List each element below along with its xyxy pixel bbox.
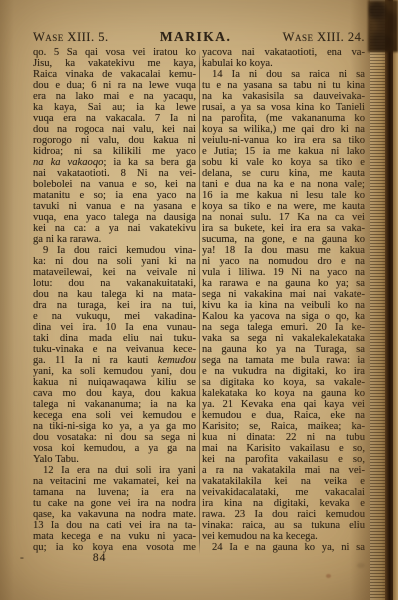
text-line: sega ni vakakina mai nai vakate-: [202, 289, 365, 300]
paper-speck: [357, 563, 365, 568]
text-line: ka: ni dou na soli yani ki na: [33, 256, 196, 267]
text-line: kua ni dinata: 22 ni na tubu: [202, 432, 365, 443]
corner-marbling: [368, 0, 398, 52]
text-line: rawa. 23 Ia dou raici kemudou: [202, 509, 365, 520]
text-line: vaka sa sega ni vakalekalekataka: [202, 333, 365, 344]
text-line: na gauna ko ya na Turaga, sa: [202, 344, 365, 355]
page-title: MARIKA.: [160, 29, 232, 45]
text-line: na veitacini me vakamatei, kei na: [33, 476, 196, 487]
text-line: dina vei ira. 10 Ia ena vunau-: [33, 322, 196, 333]
text-line: Karisito; se, Raica, maikea; ka-: [202, 421, 365, 432]
page-number: 84: [93, 552, 107, 564]
text-line: e na vukudra na digitaki, ko ira: [202, 366, 365, 377]
text-line: nai vakataotioti. 8 Ni na vei-: [33, 168, 196, 179]
text-line: ira kina na digitaki, kevaka e: [202, 498, 365, 509]
text-line: matanitu e so; ia ena yaco na: [33, 190, 196, 201]
text-line: mai na Karisito vakailasu e so,: [202, 443, 365, 454]
text-line: taki dina mada eliu nai tuku-: [33, 333, 196, 344]
text-line: dou e dua; 6 ni ra na lewe vuqa: [33, 80, 196, 91]
text-column-left: qo. 5 Sa qai vosa vei iratou koJisu, ka …: [33, 47, 196, 554]
text-line: ya. 21 Kevaka ena qai kaya vei: [202, 399, 365, 410]
text-line: kei na parofita vakailasu e so,: [202, 454, 365, 465]
text-line: vinaka: raica, au sa tukuna eliu: [202, 520, 365, 531]
text-line: lotu: dou na vakanakuitataki,: [33, 278, 196, 289]
text-line: bolebolei na vanua e so, kei na: [33, 179, 196, 190]
text-line: koya sa tiko e na were, me kauta: [202, 201, 365, 212]
running-header: Wase XIII. 5. MARIKA. Wase XIII. 24.: [33, 29, 365, 45]
text-line: ka kaya, Sai au; ia ka lewe: [33, 102, 196, 113]
text-line: vula i liliwa. 19 Ni na yaco na: [202, 267, 365, 278]
text-line: tu cake na gone vei ira na nodra: [33, 498, 196, 509]
text-line: na sega talega emuri. 20 Ia ke-: [202, 322, 365, 333]
text-line: tavuki ni vanua e na yasana e: [33, 201, 196, 212]
text-line: sega na tamata me bula rawa: ia: [202, 355, 365, 366]
text-line: qase, ka vakavuna na nodra mate.: [33, 509, 196, 520]
text-line: Kalou ka yacova na siga o qo, ka: [202, 311, 365, 322]
text-block: qo. 5 Sa qai vosa vei iratou koJisu, ka …: [33, 47, 365, 554]
text-line: tu e na yasana sa tabu ni tu kina: [202, 80, 365, 91]
text-line: vosa koi kemudou, a ya ga na: [33, 443, 196, 454]
book-edge-dark: [385, 0, 393, 600]
text-line: tuku-vinaka e na veivanua kece-: [33, 344, 196, 355]
text-line: delana, se curu kina, me kauta: [202, 168, 365, 179]
text-line: na ka vakasisila sa dauveivaka-: [202, 91, 365, 102]
text-line: yacova nai vakataotioti, ena va-: [202, 47, 365, 58]
footer: - 84: [20, 552, 180, 564]
text-column-right: yacova nai vakataotioti, ena va-kabulai …: [202, 47, 365, 554]
text-line: koya sa wilika,) me qai dro ki na: [202, 124, 365, 135]
text-line: dou na rogoca nai valu, kei nai: [33, 124, 196, 135]
book-edge-outer: [393, 0, 398, 600]
text-line: cava mo dou kaya, dou kakua: [33, 388, 196, 399]
text-line: vuqa era na vakacala. 7 Ia ni: [33, 113, 196, 124]
text-line: kecega ena soli vei kemudou e: [33, 410, 196, 421]
text-line: vuqa, ena yaco talega na dausiga: [33, 212, 196, 223]
text-line: kivu ka ia kina na veibuli ko na: [202, 300, 365, 311]
text-line: vakatakilakila kei na veika e: [202, 476, 365, 487]
text-line: kemudou e dua, Raica, eke na: [202, 410, 365, 421]
italic-phrase: na ka vakaoqo: [33, 157, 103, 168]
text-line: e na vukuqu, mei vakadina-: [33, 311, 196, 322]
book-page-photo: Wase XIII. 5. MARIKA. Wase XIII. 24. qo.…: [0, 0, 398, 600]
text-line: na tiki-ni-siga ko ya, a ya ga mo: [33, 421, 196, 432]
text-line: dou vosataka: ni dou sa sega ni: [33, 432, 196, 443]
text-line: 16 ia me kakua ni lesu tale ko: [202, 190, 365, 201]
text-line: na parofita, (me vakananuma ko: [202, 113, 365, 124]
text-line: kei na ca: a ya nai vakatekivu: [33, 223, 196, 234]
text-line: ya! 18 Ia dou masu me kakua: [202, 245, 365, 256]
gutter-shadow: [350, 0, 372, 600]
text-line: e Jutia; 15 ia me kakua ni lako: [202, 146, 365, 157]
text-line: a ra na vakatakila mai na vei-: [202, 465, 365, 476]
text-line: talega ni vakananuma; ia na ka: [33, 399, 196, 410]
text-line: 24 Ia e na gauna ko ya, ni sa: [202, 542, 365, 553]
text-line: kidroa; ni sa kilikili me yaco: [33, 146, 196, 157]
text-line: ga. 11 Ia ni ra kauti kemudou: [33, 355, 196, 366]
text-line: ka rarawa e na gauna ko ya; sa: [202, 278, 365, 289]
text-line: tani e dua na ka e na nona vale;: [202, 179, 365, 190]
text-line: sobu ki vale ko koya sa tiko e: [202, 157, 365, 168]
text-line: ga ni ka rarawa.: [33, 234, 196, 245]
text-line: kakua ni nuiqawaqawa kiliu se: [33, 377, 196, 388]
book-page: Wase XIII. 5. MARIKA. Wase XIII. 24. qo.…: [0, 0, 398, 600]
text-line: rogorogo ni valu, dou kakua ni: [33, 135, 196, 146]
text-line: mataveilewai, kei na veivale ni: [33, 267, 196, 278]
text-line: dra na turaga, kei ira na tui,: [33, 300, 196, 311]
text-line: sucuma, na gone, e na gauna ko: [202, 234, 365, 245]
text-line: mata kecega e na vuku ni yaca-: [33, 531, 196, 542]
paper-speck: [326, 574, 331, 578]
text-line: Jisu, ka vakatekivu me kaya,: [33, 58, 196, 69]
text-line: vei kemudou na ka kecega.: [202, 531, 365, 542]
text-line: veiulu-ni-vanua ko ira era sa tiko: [202, 135, 365, 146]
text-line: Raica vinaka de vakacalai kemu-: [33, 69, 196, 80]
text-line: veivakidacalataki, me vakacalai: [202, 487, 365, 498]
italic-phrase: kemudou: [158, 355, 196, 366]
text-line: 13 Ia dou na cati vei ira na ta-: [33, 520, 196, 531]
signature-mark: -: [20, 552, 46, 564]
running-head-left: Wase XIII. 5.: [33, 30, 109, 45]
text-line: era na lako mai e na yacaqu,: [33, 91, 196, 102]
column-divider: [199, 49, 200, 554]
text-line: na ka vakaoqo; ia ka sa bera ga: [33, 157, 196, 168]
text-line: yani, ka soli kemudou yani, dou: [33, 366, 196, 377]
text-line: kabulai ko koya.: [202, 58, 365, 69]
text-line: qo. 5 Sa qai vosa vei iratou ko: [33, 47, 196, 58]
text-line: ira sa bukete, kei ira era sa vaka-: [202, 223, 365, 234]
text-line: ni yaco na nomudou dro e na: [202, 256, 365, 267]
text-line: sa digitaka ko koya, sa vakale-: [202, 377, 365, 388]
text-line: 9 Ia dou raici kemudou vina-: [33, 245, 196, 256]
text-line: 14 Ia ni dou sa raica ni sa: [202, 69, 365, 80]
text-line: Yalo Tabu.: [33, 454, 196, 465]
text-line: na nonai sulu. 17 Ka na ca vei: [202, 212, 365, 223]
text-line: rusai, a ya sa vosa kina ko Tanieli: [202, 102, 365, 113]
text-line: kalekataka ko koya na gauna ko: [202, 388, 365, 399]
facing-page-curl: [370, 0, 386, 600]
text-line: 12 Ia era na dui soli ira yani: [33, 465, 196, 476]
text-line: dou na kau talega ki na mata-: [33, 289, 196, 300]
text-line: tamana na luvena; ia era na: [33, 487, 196, 498]
